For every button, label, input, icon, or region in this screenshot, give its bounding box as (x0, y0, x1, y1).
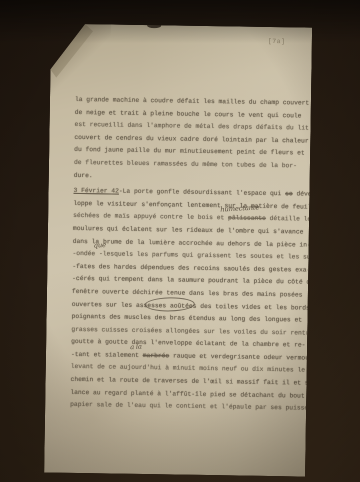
page-number: [7a] (268, 38, 286, 45)
typed-segment: dans la brume de la lumière accrochée au… (73, 237, 311, 248)
typed-text-block: la grande machine à coudre défait les ma… (70, 94, 307, 415)
handwritten-annotation: que (93, 241, 106, 250)
typed-segment: rauque et verdegrisante odeur vermoulue (169, 352, 320, 361)
typed-segment: chemin et la route de traverses de l'œil… (71, 376, 313, 387)
typed-segment: détaille les (266, 215, 315, 223)
typed-line: papier sale de l'eau qui le contient et … (70, 399, 302, 415)
paragraph: la grande machine à coudre défait les ma… (74, 94, 307, 186)
typed-segment: goutte à goutte dans l'enveloppe éclatan… (71, 338, 305, 349)
typed-segment: -ondée -lesquels les parfums qui graisse… (72, 250, 318, 261)
typed-segment-underline: 3 Février 42 (73, 187, 118, 195)
typed-segment: couvert de cendres du vieux cadre doré l… (74, 134, 308, 145)
typed-segment: lance au regard planté à l'affût-île pie… (70, 389, 316, 400)
typed-segment: de fleurettes bleues ramassées du même t… (74, 159, 297, 170)
typed-segment: séchées de maïs appuyé contre le bois et (73, 212, 228, 221)
handwritten-annotation: a la (130, 343, 142, 352)
typed-segment: déve- (293, 191, 316, 198)
typed-segment: dure. (74, 171, 93, 178)
photo-of-manuscript: [7a] la grande machine à coudre défait l… (0, 0, 360, 482)
typed-segment: -La porte gonfle désourdissant l'espace … (119, 188, 285, 198)
typed-segment: levant de ce aujourd'hui à minuit moins … (71, 363, 305, 374)
typed-segment: -tant et sialement (71, 351, 143, 359)
typed-segment-strike: marbrée (143, 352, 170, 359)
typed-segment: du fond jaune paille du mur minutieuseme… (74, 146, 305, 157)
typed-segment: de neige et trait à pleine bouche le cou… (75, 109, 302, 120)
folded-corner (50, 24, 95, 81)
typed-segment: papier sale de l'eau qui le contient et … (70, 401, 312, 412)
typed-segment: la grande machine à coudre défait les ma… (75, 96, 309, 107)
typed-segment: est recueilli dans l'amphore de métal de… (75, 121, 309, 132)
typed-segment: grasses cuisses croisées allongées sur l… (71, 326, 320, 337)
typed-segment: poignants des muscles des bras étendus a… (72, 313, 303, 324)
typed-segment: loppe le visiteur s'enfonçant lentement … (73, 200, 322, 211)
manuscript-page: [7a] la grande machine à coudre défait l… (44, 24, 312, 477)
typed-segment: moulures qui éclatent sur les rideaux de… (73, 225, 304, 236)
typed-segment: fenêtre ouverte déchirée tenue dans les … (72, 288, 303, 299)
typed-segment: -cérés qui trempent dans la saumure poud… (72, 275, 325, 286)
edge-tear (147, 23, 161, 28)
typed-segment-strike: pâlissante (228, 215, 266, 223)
typed-segment: -fates des hardes dépendues des recoins … (72, 263, 310, 274)
